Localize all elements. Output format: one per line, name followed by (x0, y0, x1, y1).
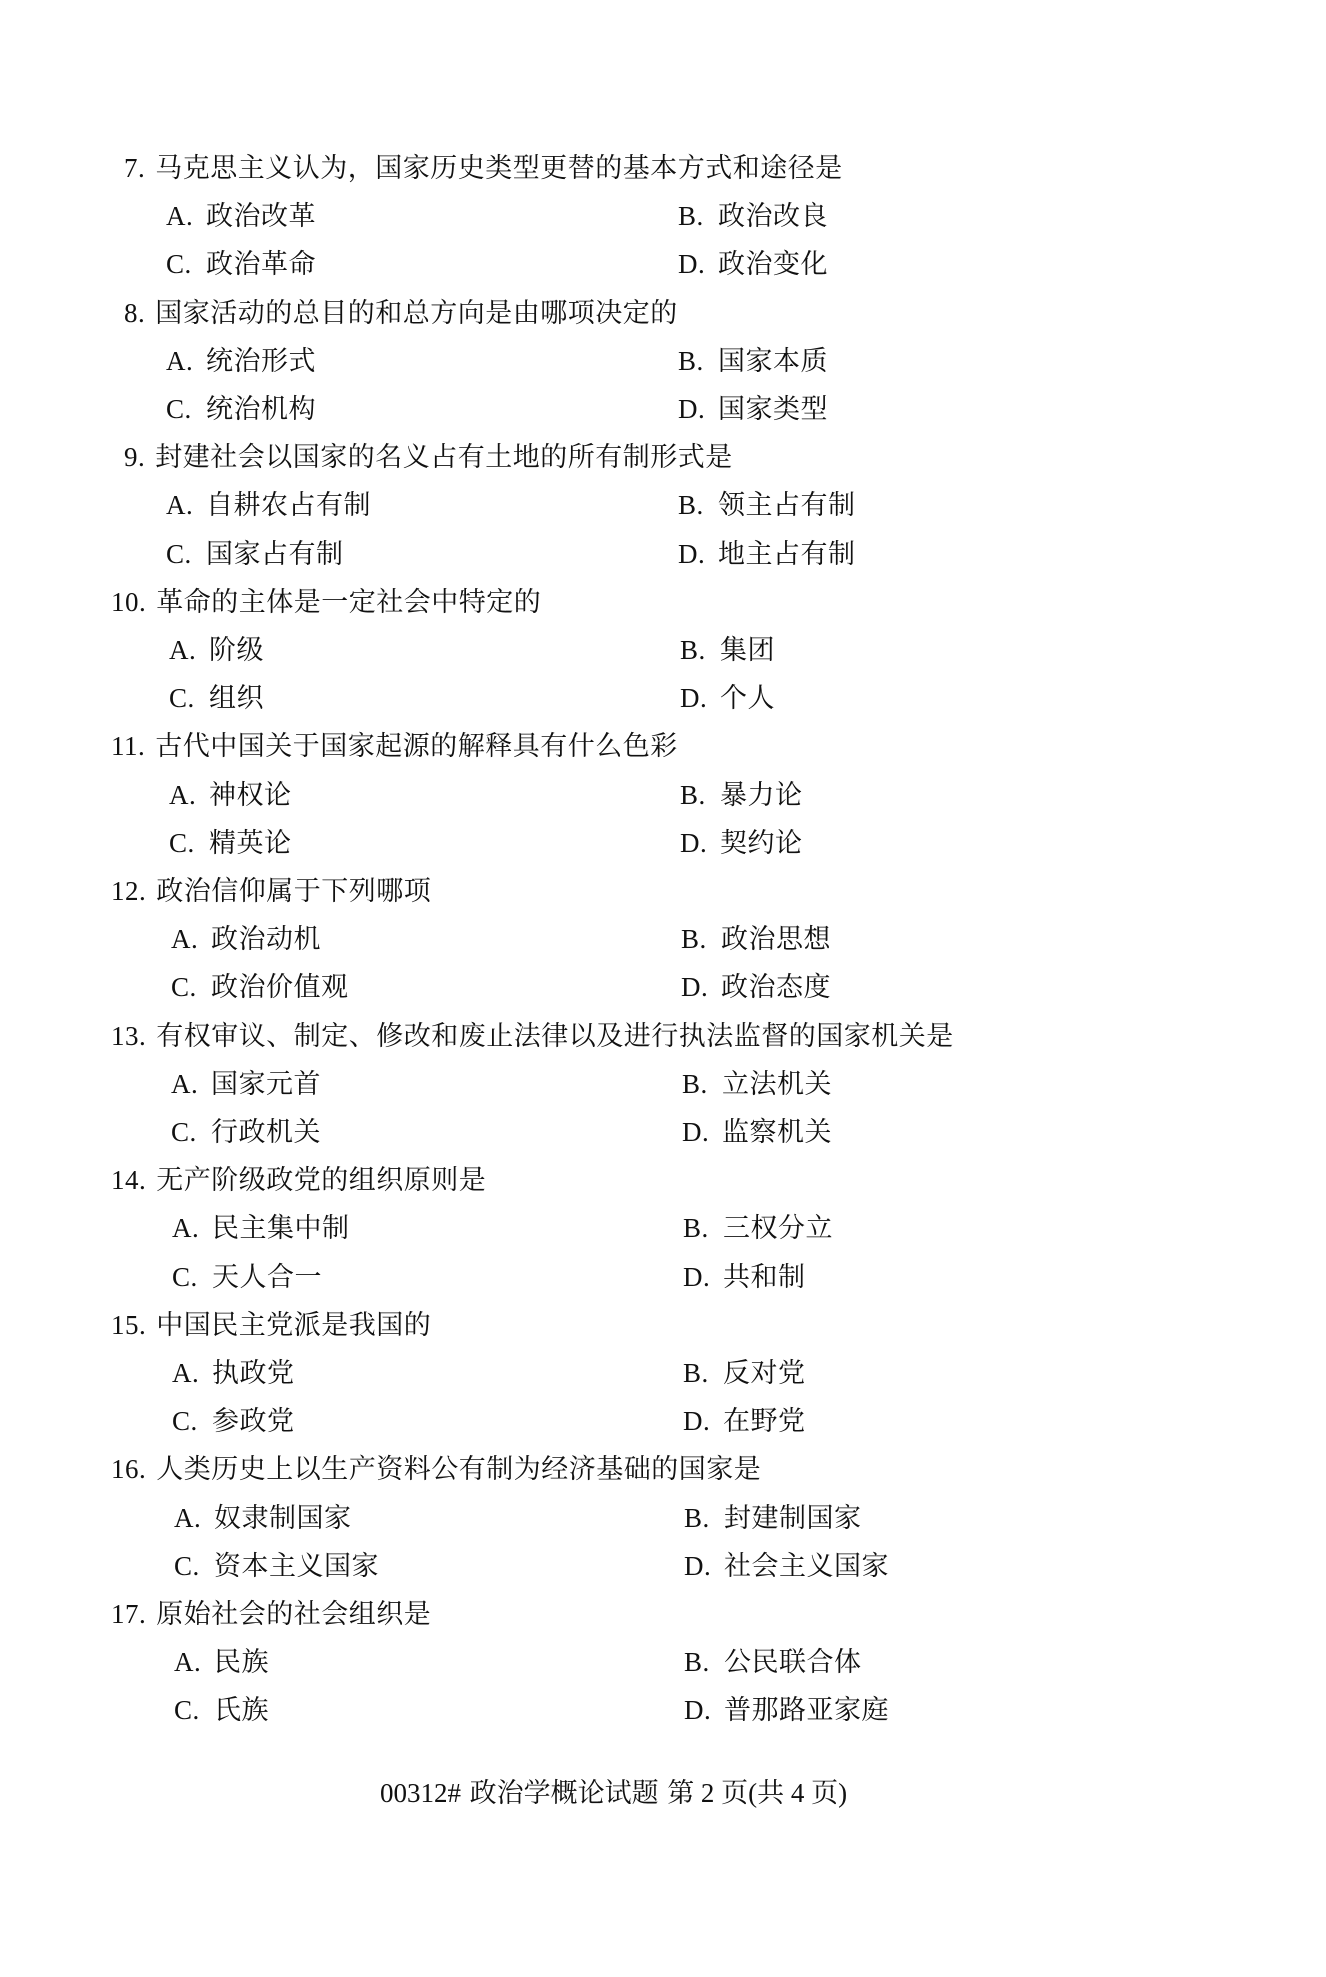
question-stem-text: 国家活动的总目的和总方向是由哪项决定的 (155, 298, 678, 329)
question-number: 14. (111, 1163, 146, 1197)
option-letter: D. (680, 681, 720, 715)
option-text: 三权分立 (723, 1213, 833, 1244)
question-stem-text: 政治信仰属于下列哪项 (156, 876, 431, 907)
option-text: 立法机关 (722, 1069, 832, 1100)
option-letter: B. (681, 922, 721, 956)
question-10: 10.革命的主体是一定社会中特定的 (111, 585, 541, 620)
option-b: B.领主占有制 (678, 488, 856, 523)
question-stem-text: 无产阶级政党的组织原则是 (156, 1165, 486, 1196)
option-text: 参政党 (212, 1406, 295, 1437)
option-text: 暴力论 (720, 780, 803, 811)
option-text: 政治动机 (211, 924, 321, 955)
question-number: 11. (111, 729, 145, 763)
option-text: 社会主义国家 (724, 1551, 889, 1582)
page-footer: 00312# 政治学概论试题 第 2 页(共 4 页) (380, 1776, 847, 1811)
option-letter: C. (172, 1260, 212, 1294)
option-b: B.政治改良 (678, 199, 828, 234)
option-text: 组织 (209, 683, 264, 714)
option-c: C.政治价值观 (171, 970, 349, 1005)
option-text: 政治态度 (721, 972, 831, 1003)
option-c: C.氏族 (174, 1693, 269, 1728)
option-letter: D. (678, 247, 718, 281)
option-text: 封建制国家 (724, 1503, 862, 1534)
option-a: A.自耕农占有制 (166, 488, 371, 523)
question-number: 8. (124, 296, 145, 330)
option-text: 政治改良 (718, 201, 828, 232)
option-a: A.民族 (174, 1645, 269, 1680)
option-text: 资本主义国家 (214, 1551, 379, 1582)
option-c: C.参政党 (172, 1404, 295, 1439)
option-text: 个人 (720, 683, 775, 714)
option-letter: A. (166, 344, 206, 378)
option-letter: D. (684, 1549, 724, 1583)
option-a: A.统治形式 (166, 344, 316, 379)
question-17: 17.原始社会的社会组织是 (111, 1597, 431, 1632)
question-stem-text: 革命的主体是一定社会中特定的 (156, 587, 541, 618)
option-d: D.政治态度 (681, 970, 831, 1005)
question-9: 9.封建社会以国家的名义占有土地的所有制形式是 (124, 440, 733, 475)
option-text: 国家类型 (718, 394, 828, 425)
option-letter: D. (681, 970, 721, 1004)
option-letter: D. (678, 537, 718, 571)
option-a: A.奴隶制国家 (174, 1501, 352, 1536)
option-letter: A. (174, 1501, 214, 1535)
question-stem-text: 中国民主党派是我国的 (156, 1310, 431, 1341)
option-text: 氏族 (214, 1695, 269, 1726)
option-text: 执政党 (212, 1358, 295, 1389)
option-text: 国家本质 (718, 346, 828, 377)
option-letter: A. (172, 1356, 212, 1390)
option-text: 民主集中制 (212, 1213, 350, 1244)
option-b: B.集团 (680, 633, 775, 668)
option-a: A.执政党 (172, 1356, 295, 1391)
option-b: B.封建制国家 (684, 1501, 862, 1536)
option-text: 神权论 (209, 780, 292, 811)
option-d: D.社会主义国家 (684, 1549, 889, 1584)
question-number: 7. (124, 151, 145, 185)
option-text: 自耕农占有制 (206, 490, 371, 521)
question-number: 13. (111, 1019, 146, 1053)
option-d: D.个人 (680, 681, 775, 716)
option-letter: B. (678, 344, 718, 378)
option-d: D.国家类型 (678, 392, 828, 427)
option-text: 反对党 (723, 1358, 806, 1389)
option-letter: C. (166, 247, 206, 281)
option-c: C.行政机关 (171, 1115, 321, 1150)
option-text: 普那路亚家庭 (724, 1695, 889, 1726)
option-letter: B. (680, 778, 720, 812)
question-14: 14.无产阶级政党的组织原则是 (111, 1163, 486, 1198)
question-15: 15.中国民主党派是我国的 (111, 1308, 431, 1343)
option-letter: A. (171, 922, 211, 956)
option-d: D.在野党 (683, 1404, 806, 1439)
option-letter: B. (678, 199, 718, 233)
question-stem-text: 封建社会以国家的名义占有土地的所有制形式是 (155, 442, 733, 473)
question-number: 9. (124, 440, 145, 474)
option-text: 民族 (214, 1647, 269, 1678)
question-12: 12.政治信仰属于下列哪项 (111, 874, 431, 909)
option-c: C.政治革命 (166, 247, 316, 282)
option-b: B.反对党 (683, 1356, 806, 1391)
footer-page-label: 第 2 页(共 4 页) (667, 1778, 847, 1808)
option-letter: C. (166, 537, 206, 571)
question-stem-text: 有权审议、制定、修改和废止法律以及进行执法监督的国家机关是 (156, 1021, 954, 1052)
question-stem-text: 原始社会的社会组织是 (156, 1599, 431, 1630)
question-number: 15. (111, 1308, 146, 1342)
option-letter: A. (174, 1645, 214, 1679)
option-d: D.共和制 (683, 1260, 806, 1295)
question-13: 13.有权审议、制定、修改和废止法律以及进行执法监督的国家机关是 (111, 1019, 954, 1054)
option-text: 统治形式 (206, 346, 316, 377)
question-number: 12. (111, 874, 146, 908)
option-text: 阶级 (209, 635, 264, 666)
option-a: A.政治动机 (171, 922, 321, 957)
option-text: 政治思想 (721, 924, 831, 955)
option-letter: A. (166, 199, 206, 233)
option-letter: B. (680, 633, 720, 667)
option-b: B.国家本质 (678, 344, 828, 379)
option-letter: B. (684, 1645, 724, 1679)
option-letter: C. (166, 392, 206, 426)
option-text: 行政机关 (211, 1117, 321, 1148)
option-b: B.公民联合体 (684, 1645, 862, 1680)
option-letter: A. (172, 1211, 212, 1245)
option-c: C.精英论 (169, 826, 292, 861)
option-c: C.国家占有制 (166, 537, 344, 572)
question-stem-text: 古代中国关于国家起源的解释具有什么色彩 (155, 731, 678, 762)
option-letter: A. (169, 633, 209, 667)
option-letter: D. (680, 826, 720, 860)
option-letter: B. (683, 1356, 723, 1390)
option-letter: D. (684, 1693, 724, 1727)
option-b: B.三权分立 (683, 1211, 833, 1246)
option-text: 精英论 (209, 828, 292, 859)
option-d: D.契约论 (680, 826, 803, 861)
option-letter: C. (172, 1404, 212, 1438)
option-d: D.政治变化 (678, 247, 828, 282)
option-text: 奴隶制国家 (214, 1503, 352, 1534)
option-a: A.神权论 (169, 778, 292, 813)
option-c: C.组织 (169, 681, 264, 716)
question-number: 17. (111, 1597, 146, 1631)
option-letter: D. (678, 392, 718, 426)
option-letter: C. (174, 1549, 214, 1583)
option-letter: A. (166, 488, 206, 522)
option-c: C.统治机构 (166, 392, 316, 427)
option-b: B.政治思想 (681, 922, 831, 957)
option-d: D.地主占有制 (678, 537, 856, 572)
option-text: 领主占有制 (718, 490, 856, 521)
question-11: 11.古代中国关于国家起源的解释具有什么色彩 (111, 729, 678, 764)
option-d: D.监察机关 (682, 1115, 832, 1150)
option-letter: A. (169, 778, 209, 812)
footer-code: 00312# (380, 1778, 461, 1808)
question-stem-text: 人类历史上以生产资料公有制为经济基础的国家是 (156, 1454, 761, 1485)
option-text: 契约论 (720, 828, 803, 859)
option-a: A.政治改革 (166, 199, 316, 234)
option-text: 政治价值观 (211, 972, 349, 1003)
option-letter: C. (169, 681, 209, 715)
question-8: 8.国家活动的总目的和总方向是由哪项决定的 (124, 296, 678, 331)
option-c: C.资本主义国家 (174, 1549, 379, 1584)
option-text: 天人合一 (212, 1262, 322, 1293)
option-letter: B. (683, 1211, 723, 1245)
exam-page: 7.马克思主义认为，国家历史类型更替的基本方式和途径是A.政治改革B.政治改良C… (0, 0, 1326, 1977)
option-letter: C. (171, 970, 211, 1004)
option-letter: C. (171, 1115, 211, 1149)
question-number: 10. (111, 585, 146, 619)
option-letter: D. (683, 1260, 723, 1294)
option-text: 地主占有制 (718, 539, 856, 570)
question-7: 7.马克思主义认为，国家历史类型更替的基本方式和途径是 (124, 151, 843, 186)
question-number: 16. (111, 1452, 146, 1486)
question-16: 16.人类历史上以生产资料公有制为经济基础的国家是 (111, 1452, 761, 1487)
option-letter: A. (171, 1067, 211, 1101)
footer-title: 政治学概论试题 (470, 1778, 659, 1809)
option-text: 国家占有制 (206, 539, 344, 570)
option-letter: B. (684, 1501, 724, 1535)
option-text: 在野党 (723, 1406, 806, 1437)
option-a: A.国家元首 (171, 1067, 321, 1102)
option-b: B.暴力论 (680, 778, 803, 813)
option-letter: C. (174, 1693, 214, 1727)
option-text: 政治革命 (206, 249, 316, 280)
option-c: C.天人合一 (172, 1260, 322, 1295)
option-text: 国家元首 (211, 1069, 321, 1100)
option-text: 集团 (720, 635, 775, 666)
option-a: A.民主集中制 (172, 1211, 350, 1246)
option-text: 监察机关 (722, 1117, 832, 1148)
question-stem-text: 马克思主义认为，国家历史类型更替的基本方式和途径是 (155, 153, 843, 184)
option-letter: B. (678, 488, 718, 522)
option-letter: D. (682, 1115, 722, 1149)
option-letter: D. (683, 1404, 723, 1438)
option-a: A.阶级 (169, 633, 264, 668)
option-text: 政治改革 (206, 201, 316, 232)
option-text: 政治变化 (718, 249, 828, 280)
option-text: 统治机构 (206, 394, 316, 425)
option-b: B.立法机关 (682, 1067, 832, 1102)
option-letter: C. (169, 826, 209, 860)
option-text: 共和制 (723, 1262, 806, 1293)
option-text: 公民联合体 (724, 1647, 862, 1678)
option-letter: B. (682, 1067, 722, 1101)
option-d: D.普那路亚家庭 (684, 1693, 889, 1728)
